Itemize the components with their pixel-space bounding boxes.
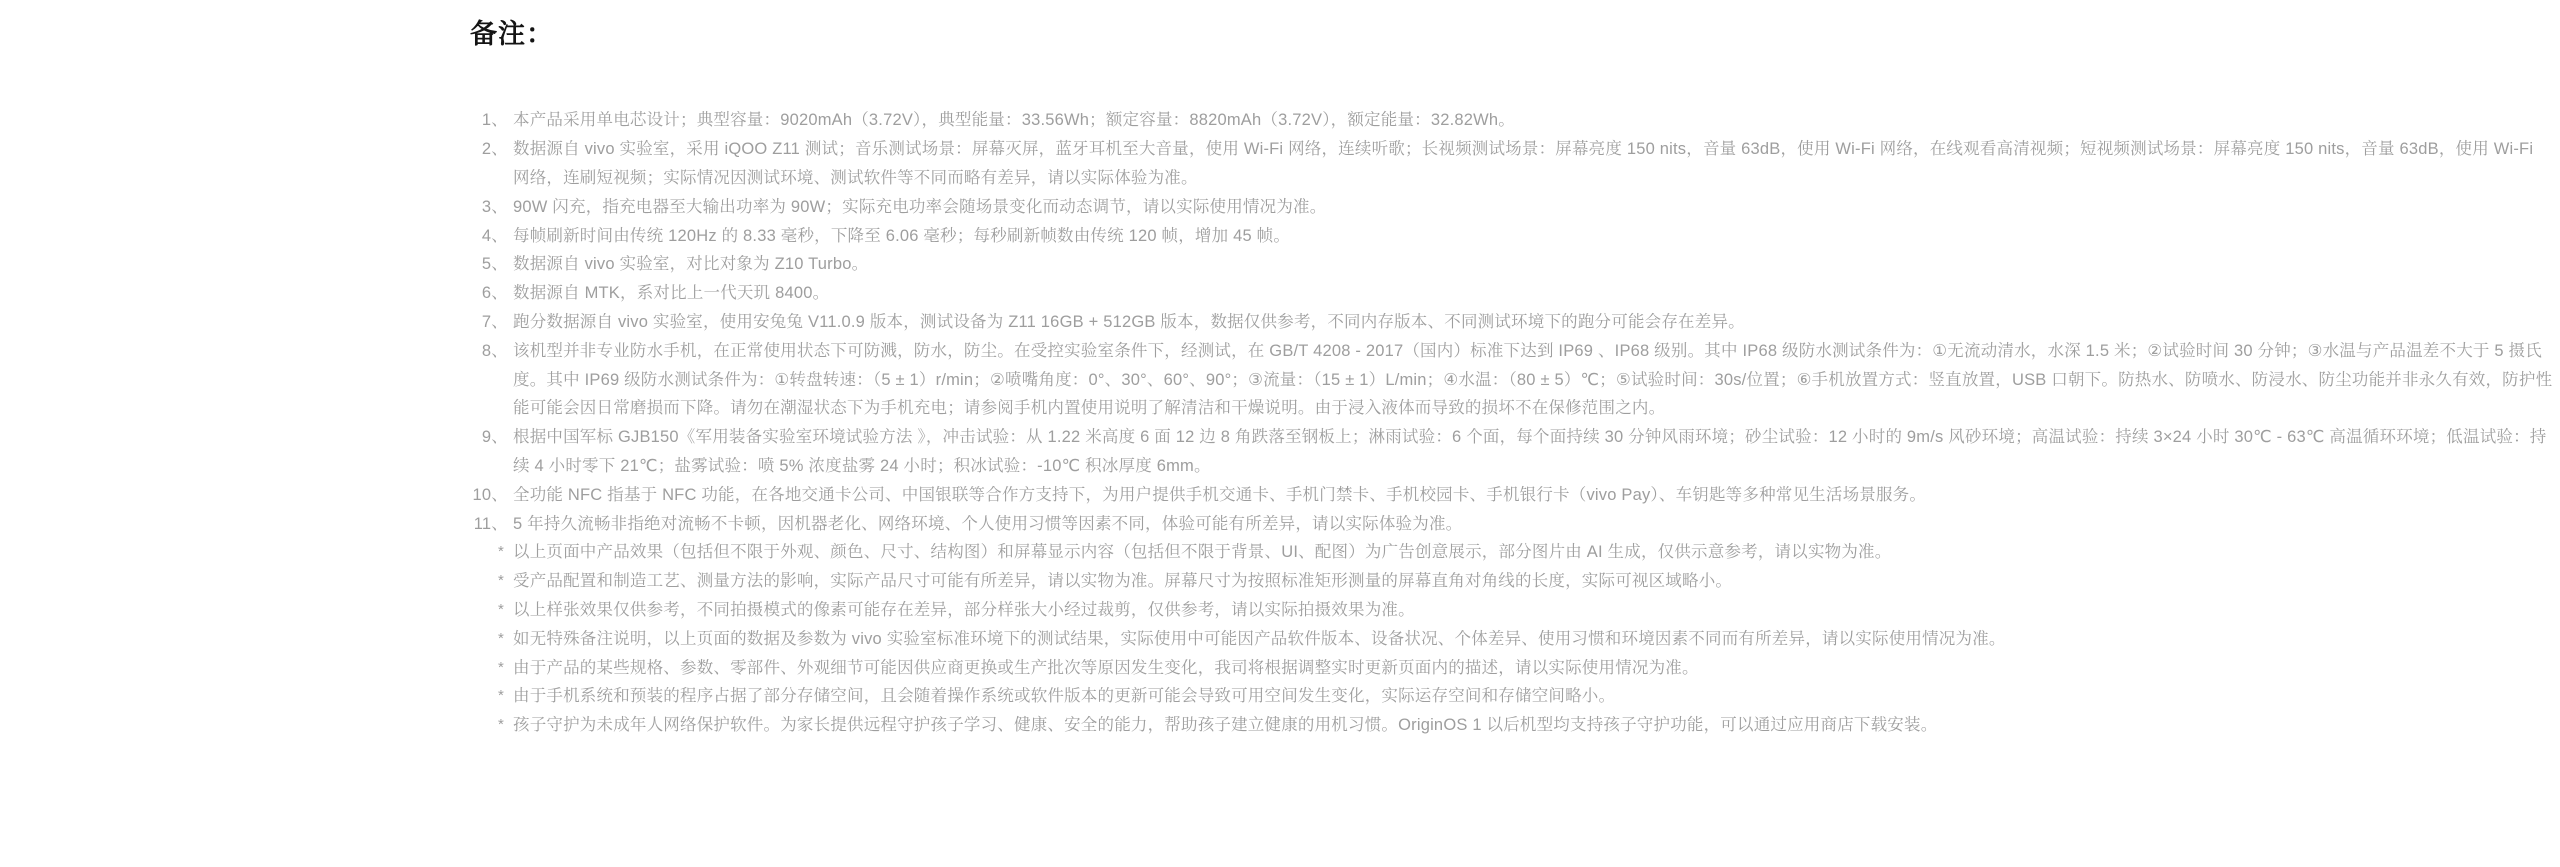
disclaimer-text: 如无特殊备注说明，以上页面的数据及参数为 vivo 实验室标准环境下的测试结果，… — [513, 625, 2554, 654]
note-item-5: 5、 数据源自 vivo 实验室，对比对象为 Z10 Turbo。 — [470, 250, 2554, 279]
disclaimer-item-2: * 受产品配置和制造工艺、测量方法的影响，实际产品尺寸可能有所差异，请以实物为准… — [470, 567, 2554, 596]
disclaimer-item-5: * 由于产品的某些规格、参数、零部件、外观细节可能因供应商更换或生产批次等原因发… — [470, 654, 2554, 683]
disclaimer-text: 以上样张效果仅供参考，不同拍摄模式的像素可能存在差异，部分样张大小经过裁剪，仅供… — [513, 596, 2554, 625]
asterisk-marker: * — [470, 567, 508, 596]
note-text: 跑分数据源自 vivo 实验室，使用安兔兔 V11.0.9 版本，测试设备为 Z… — [513, 308, 2554, 337]
note-text: 该机型并非专业防水手机，在正常使用状态下可防溅，防水，防尘。在受控实验室条件下，… — [513, 337, 2554, 423]
notes-section: 备注： 1、 本产品采用单电芯设计；典型容量：9020mAh（3.72V），典型… — [0, 0, 2560, 740]
asterisk-marker: * — [470, 682, 508, 711]
asterisk-marker: * — [470, 654, 508, 683]
note-item-7: 7、 跑分数据源自 vivo 实验室，使用安兔兔 V11.0.9 版本，测试设备… — [470, 308, 2554, 337]
notes-list: 1、 本产品采用单电芯设计；典型容量：9020mAh（3.72V），典型能量：3… — [470, 106, 2554, 740]
disclaimer-text: 由于手机系统和预装的程序占据了部分存储空间，且会随着操作系统或软件版本的更新可能… — [513, 682, 2554, 711]
note-item-3: 3、 90W 闪充，指充电器至大输出功率为 90W；实际充电功率会随场景变化而动… — [470, 193, 2554, 222]
page-title: 备注： — [470, 18, 2554, 50]
note-number: 9、 — [470, 423, 508, 481]
note-number: 4、 — [470, 222, 508, 251]
disclaimer-text: 以上页面中产品效果（包括但不限于外观、颜色、尺寸、结构图）和屏幕显示内容（包括但… — [513, 538, 2554, 567]
note-text: 数据源自 vivo 实验室，对比对象为 Z10 Turbo。 — [513, 250, 2554, 279]
disclaimer-text: 受产品配置和制造工艺、测量方法的影响，实际产品尺寸可能有所差异，请以实物为准。屏… — [513, 567, 2554, 596]
asterisk-marker: * — [470, 596, 508, 625]
note-number: 8、 — [470, 337, 508, 423]
note-number: 6、 — [470, 279, 508, 308]
note-text: 数据源自 MTK，系对比上一代天玑 8400。 — [513, 279, 2554, 308]
note-text: 数据源自 vivo 实验室，采用 iQOO Z11 测试；音乐测试场景：屏幕灭屏… — [513, 135, 2554, 193]
disclaimer-text: 孩子守护为未成年人网络保护软件。为家长提供远程守护孩子学习、健康、安全的能力，帮… — [513, 711, 2554, 740]
asterisk-marker: * — [470, 625, 508, 654]
note-number: 1、 — [470, 106, 508, 135]
note-number: 10、 — [470, 481, 508, 510]
note-text: 全功能 NFC 指基于 NFC 功能，在各地交通卡公司、中国银联等合作方支持下，… — [513, 481, 2554, 510]
note-number: 5、 — [470, 250, 508, 279]
note-item-8: 8、 该机型并非专业防水手机，在正常使用状态下可防溅，防水，防尘。在受控实验室条… — [470, 337, 2554, 423]
note-text: 每帧刷新时间由传统 120Hz 的 8.33 毫秒，下降至 6.06 毫秒；每秒… — [513, 222, 2554, 251]
disclaimer-item-3: * 以上样张效果仅供参考，不同拍摄模式的像素可能存在差异，部分样张大小经过裁剪，… — [470, 596, 2554, 625]
asterisk-marker: * — [470, 538, 508, 567]
note-item-10: 10、 全功能 NFC 指基于 NFC 功能，在各地交通卡公司、中国银联等合作方… — [470, 481, 2554, 510]
disclaimer-item-7: * 孩子守护为未成年人网络保护软件。为家长提供远程守护孩子学习、健康、安全的能力… — [470, 711, 2554, 740]
disclaimer-item-4: * 如无特殊备注说明，以上页面的数据及参数为 vivo 实验室标准环境下的测试结… — [470, 625, 2554, 654]
note-text: 根据中国军标 GJB150《军用装备实验室环境试验方法 》，冲击试验：从 1.2… — [513, 423, 2554, 481]
note-number: 7、 — [470, 308, 508, 337]
disclaimer-text: 由于产品的某些规格、参数、零部件、外观细节可能因供应商更换或生产批次等原因发生变… — [513, 654, 2554, 683]
note-number: 2、 — [470, 135, 508, 193]
note-item-4: 4、 每帧刷新时间由传统 120Hz 的 8.33 毫秒，下降至 6.06 毫秒… — [470, 222, 2554, 251]
note-item-9: 9、 根据中国军标 GJB150《军用装备实验室环境试验方法 》，冲击试验：从 … — [470, 423, 2554, 481]
note-text: 90W 闪充，指充电器至大输出功率为 90W；实际充电功率会随场景变化而动态调节… — [513, 193, 2554, 222]
note-item-2: 2、 数据源自 vivo 实验室，采用 iQOO Z11 测试；音乐测试场景：屏… — [470, 135, 2554, 193]
disclaimer-item-6: * 由于手机系统和预装的程序占据了部分存储空间，且会随着操作系统或软件版本的更新… — [470, 682, 2554, 711]
note-item-11: 11、 5 年持久流畅非指绝对流畅不卡顿，因机器老化、网络环境、个人使用习惯等因… — [470, 510, 2554, 539]
note-number: 3、 — [470, 193, 508, 222]
disclaimer-item-1: * 以上页面中产品效果（包括但不限于外观、颜色、尺寸、结构图）和屏幕显示内容（包… — [470, 538, 2554, 567]
note-text: 5 年持久流畅非指绝对流畅不卡顿，因机器老化、网络环境、个人使用习惯等因素不同，… — [513, 510, 2554, 539]
asterisk-marker: * — [470, 711, 508, 740]
note-text: 本产品采用单电芯设计；典型容量：9020mAh（3.72V），典型能量：33.5… — [513, 106, 2554, 135]
note-item-1: 1、 本产品采用单电芯设计；典型容量：9020mAh（3.72V），典型能量：3… — [470, 106, 2554, 135]
note-item-6: 6、 数据源自 MTK，系对比上一代天玑 8400。 — [470, 279, 2554, 308]
note-number: 11、 — [470, 510, 508, 539]
